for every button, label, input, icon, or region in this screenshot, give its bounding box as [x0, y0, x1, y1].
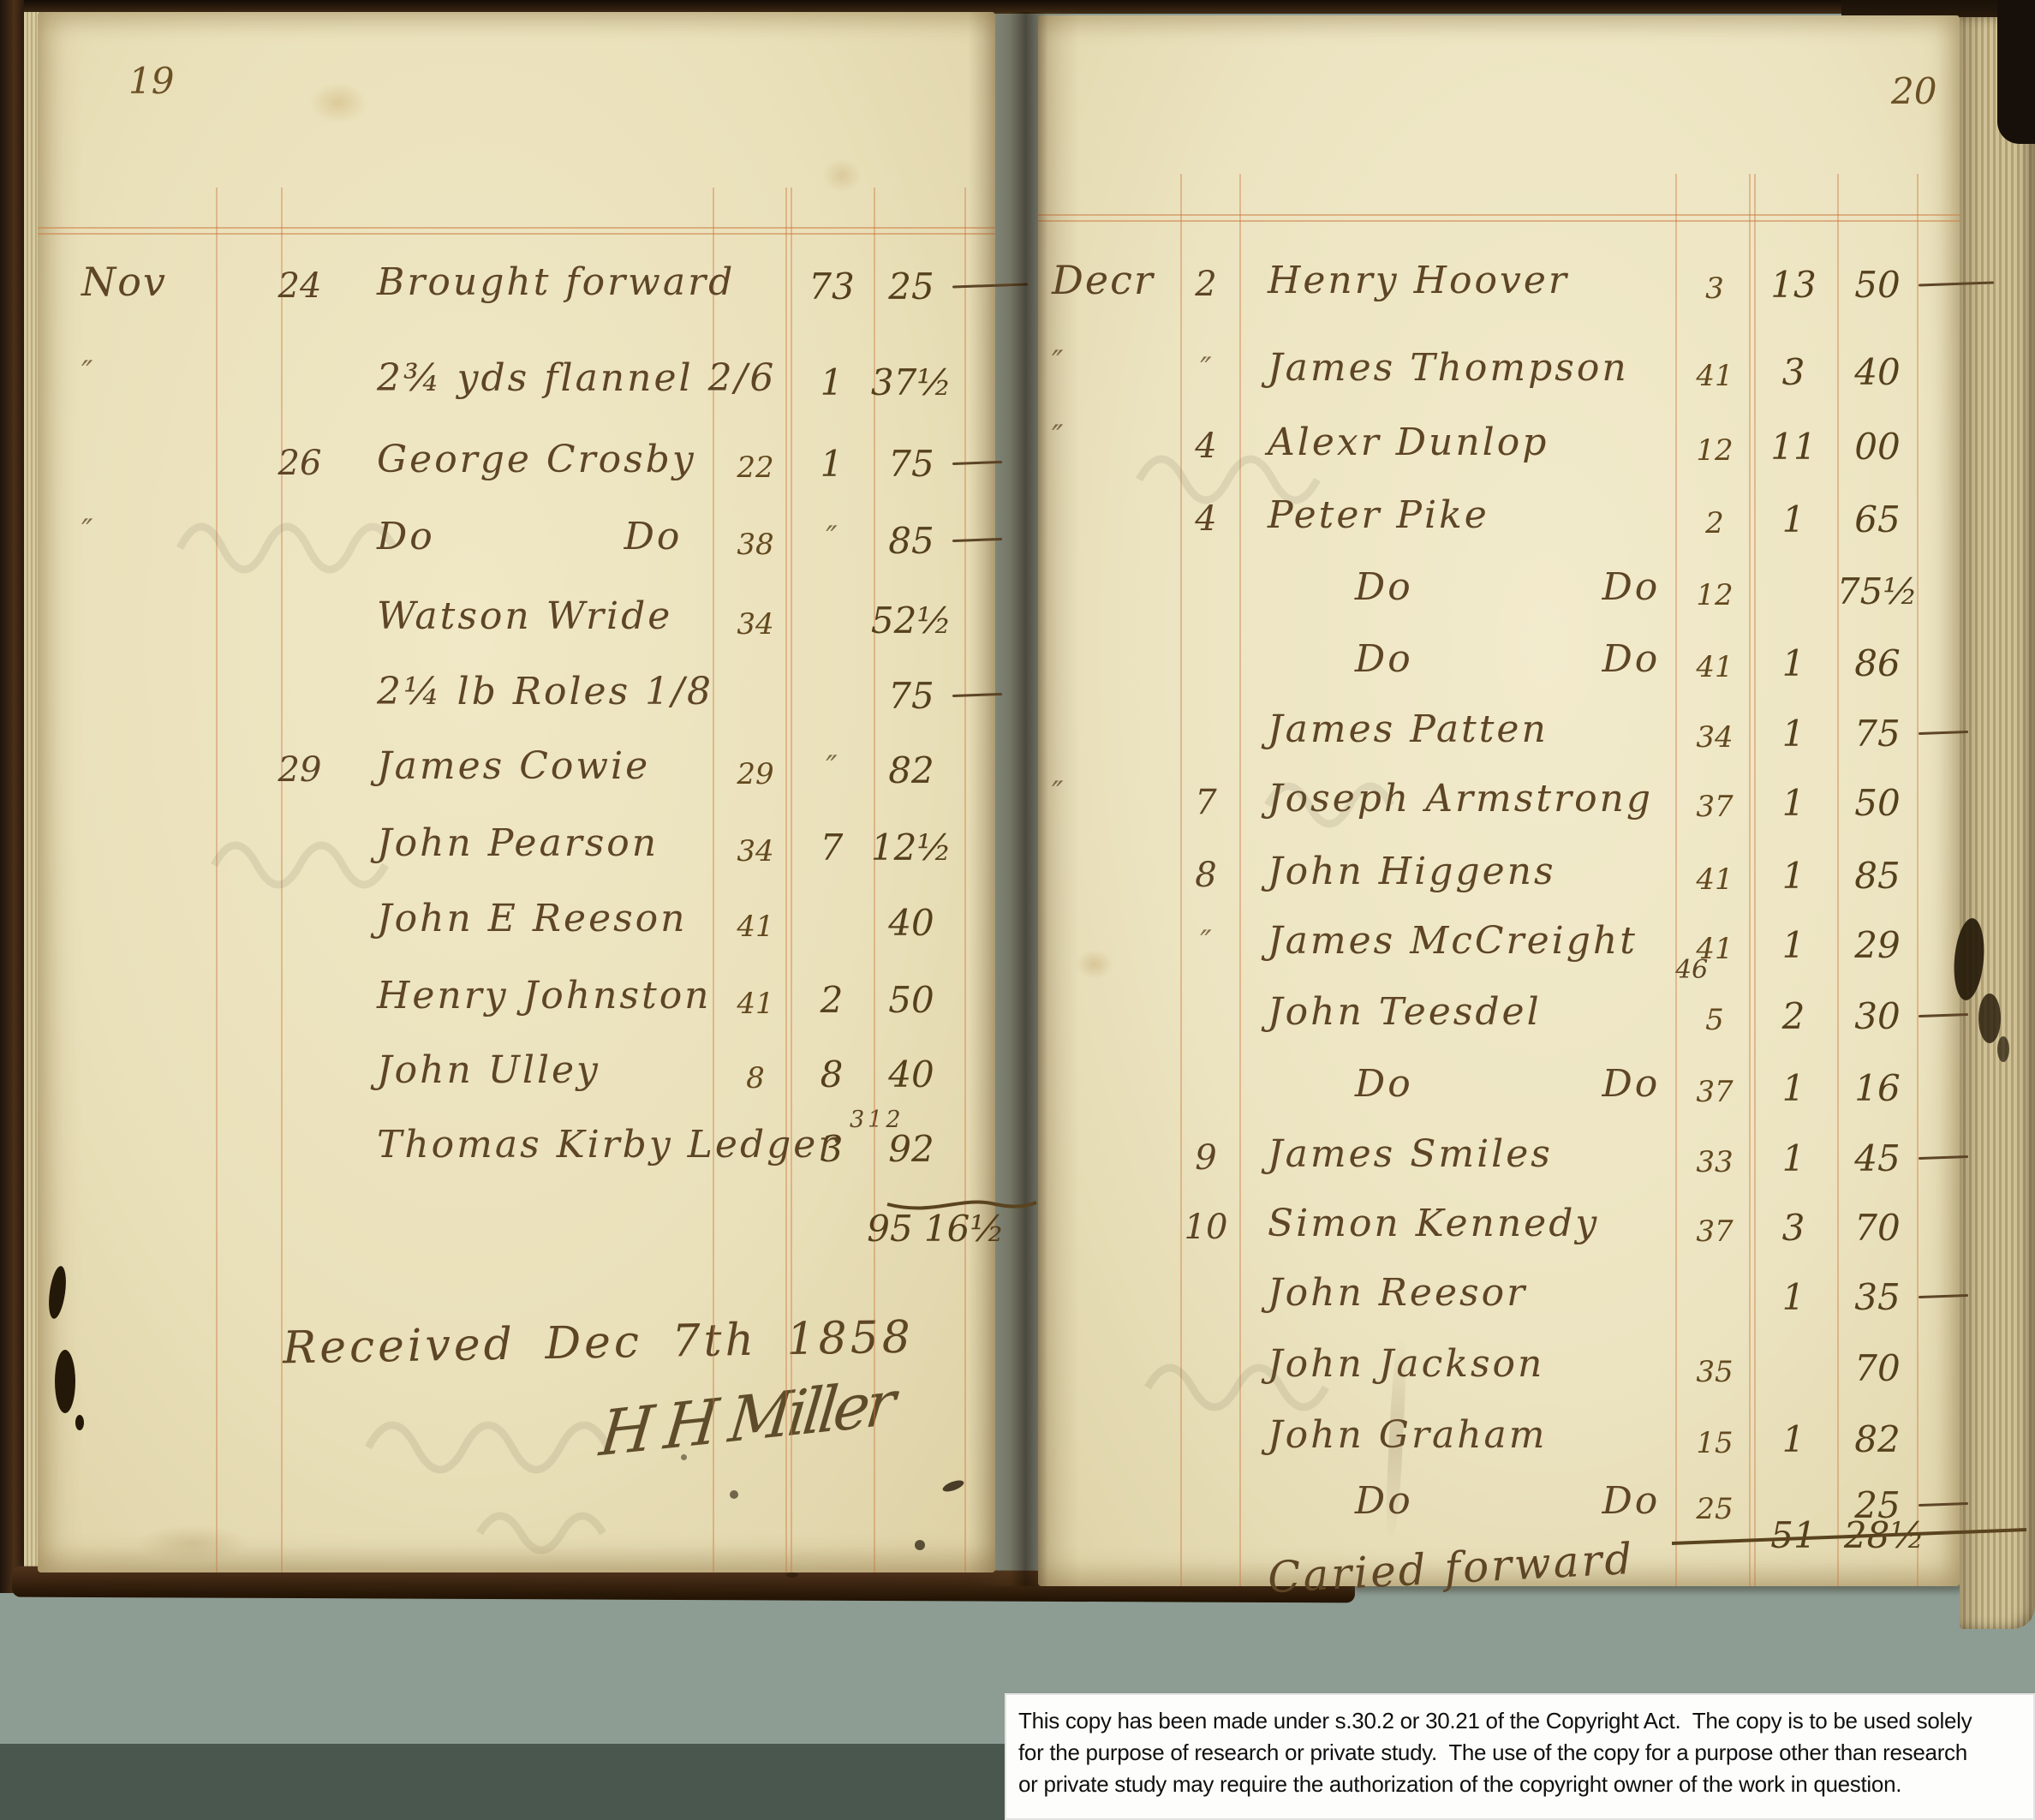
- entry-folio: 41: [1696, 865, 1733, 894]
- entry-cents: 16½: [924, 1211, 1005, 1247]
- entry-folio: 5: [1705, 1005, 1724, 1035]
- ruled-line-horizontal: [1038, 214, 1960, 216]
- entry-folio: 25: [1696, 1495, 1733, 1524]
- ink-speck: [915, 1540, 925, 1550]
- entry-folio: 34: [1696, 723, 1733, 752]
- entry-dollars: 13: [1770, 267, 1816, 303]
- entry-dollars: 73: [809, 269, 854, 305]
- entry-cents: 25: [888, 269, 934, 305]
- entry-dollars: 1: [1782, 1141, 1805, 1177]
- entry-description: James McCreight: [1268, 922, 1638, 960]
- entry-description: John Teesdel: [1268, 994, 1542, 1031]
- entry-day: 10: [1185, 1210, 1228, 1244]
- entry-cents: 40: [888, 905, 934, 941]
- entry-description: Alexr Dunlop: [1268, 424, 1549, 462]
- entry-description: Peter Pike: [1268, 497, 1489, 534]
- ledger-row: Thomas Kirby Ledger392: [38, 1113, 995, 1198]
- entry-folio: 2: [1705, 509, 1724, 538]
- entry-description: John Ulley: [377, 1052, 600, 1089]
- entry-dollars: 3: [821, 1131, 844, 1167]
- copyright-line: for the purpose of research or private s…: [1018, 1737, 2033, 1769]
- entry-cents: 70: [1854, 1210, 1900, 1246]
- entry-day: 9: [1195, 1141, 1216, 1175]
- entry-cents: 35: [1854, 1280, 1900, 1316]
- entry-cents: 29: [1854, 928, 1900, 964]
- trailing-dash: [952, 693, 1002, 697]
- ink-blot: [1978, 994, 2001, 1043]
- entry-day: 7: [1195, 785, 1216, 820]
- book-spine-left: [0, 0, 24, 1593]
- entry-cents: 50: [1854, 267, 1900, 303]
- entry-folio: 33: [1696, 1148, 1733, 1177]
- entry-day: 2: [1195, 267, 1216, 301]
- entry-folio: 35: [1696, 1358, 1733, 1387]
- entry-folio: 34: [737, 837, 773, 866]
- copyright-line: or private study may require the authori…: [1018, 1769, 2033, 1800]
- entry-month: ″: [1052, 779, 1065, 809]
- ledger-row: John E Reeson4041: [38, 886, 995, 972]
- entry-description: John Graham: [1268, 1417, 1548, 1454]
- entry-description: Do Do: [1268, 569, 1660, 606]
- ledger-row: ″Do Do″8538: [38, 504, 995, 590]
- entry-month: Nov: [81, 262, 167, 301]
- entry-dollars: 7: [821, 830, 844, 866]
- entry-cents: 30: [1854, 999, 1900, 1035]
- entry-folio: 8: [746, 1064, 765, 1093]
- ledger-page-19: 19 312 Received Dec 7th 1858 H H Miller …: [38, 12, 995, 1572]
- entry-folio: 38: [737, 530, 773, 559]
- entry-description: 2¾ yds flannel 2/6: [377, 360, 776, 397]
- entry-description: John Pearson: [377, 825, 659, 862]
- ledger-row: John Pearson712½34: [38, 811, 995, 897]
- entry-cents: 82: [888, 753, 934, 789]
- entry-cents: 37½: [871, 365, 952, 401]
- entry-day: 24: [278, 269, 322, 303]
- entry-dollars: 51: [1770, 1518, 1816, 1554]
- entry-cents: 75½: [1837, 574, 1918, 610]
- entry-cents: 75: [888, 446, 934, 482]
- entry-description: James Smiles: [1268, 1136, 1553, 1173]
- entry-day: 4: [1195, 502, 1216, 536]
- entry-dollars: 1: [1782, 858, 1805, 894]
- entry-description: Caried forward: [1267, 1537, 1636, 1599]
- entry-cents: 50: [1854, 785, 1900, 821]
- entry-dollars: 1: [821, 446, 844, 482]
- trailing-dash: [952, 283, 1028, 288]
- copyright-line: This copy has been made under s.30.2 or …: [1018, 1705, 2033, 1737]
- entry-month: ″: [1052, 348, 1065, 379]
- entry-dollars: 1: [1782, 716, 1805, 752]
- entry-description: Henry Hoover: [1268, 262, 1569, 300]
- entry-description: John Reesor: [1268, 1274, 1527, 1312]
- entry-dollars: 95: [867, 1211, 912, 1247]
- entry-dollars: 1: [1782, 928, 1805, 964]
- entry-description: James Patten: [1268, 711, 1549, 749]
- entry-description: 2¼ lb Roles 1/8: [377, 673, 713, 711]
- entry-cents: 75: [1854, 716, 1900, 752]
- entry-day: 8: [1195, 858, 1216, 892]
- entry-description: Thomas Kirby Ledger: [377, 1126, 838, 1164]
- entry-dollars: 1: [1782, 785, 1805, 821]
- entry-month: ″: [81, 516, 94, 547]
- ledger-row: Nov24Brought forward7325: [38, 250, 995, 336]
- ledger-row: Caried forward5128½: [1038, 1525, 1960, 1610]
- ledger-row: ″2¾ yds flannel 2/6137½: [38, 346, 995, 432]
- entry-folio: 37: [1696, 1217, 1733, 1246]
- entry-cents: 40: [1854, 355, 1900, 391]
- entry-cents: 50: [888, 982, 934, 1018]
- ledger-row: Henry Johnston25041: [38, 964, 995, 1049]
- entry-day: 26: [278, 446, 322, 480]
- entry-dollars: 1: [1782, 1280, 1805, 1316]
- entry-cents: 12½: [871, 830, 952, 866]
- ledger-row: 26George Crosby17522: [38, 427, 995, 513]
- entry-cents: 70: [1854, 1351, 1900, 1387]
- copyright-notice: This copy has been made under s.30.2 or …: [1005, 1693, 2035, 1820]
- entry-folio: 41: [737, 989, 773, 1018]
- entry-description: James Cowie: [377, 748, 650, 785]
- entry-folio: 41: [1696, 361, 1733, 391]
- entry-dollars: 3: [1782, 1210, 1805, 1246]
- entry-folio: 41: [737, 912, 773, 941]
- entry-description: Joseph Armstrong: [1268, 780, 1653, 818]
- ink-blot: [1997, 1036, 2009, 1062]
- entry-day: ″: [1200, 928, 1211, 958]
- entry-cents: 65: [1854, 502, 1900, 538]
- entry-description: John Higgens: [1268, 853, 1556, 891]
- ink-blot: [55, 1350, 75, 1413]
- entry-month: Decr: [1052, 260, 1155, 300]
- entry-day: 4: [1195, 429, 1216, 463]
- entry-dollars: 2: [821, 982, 844, 1018]
- entry-month: ″: [1052, 422, 1065, 453]
- entry-folio: 15: [1696, 1429, 1733, 1458]
- ledger-row: Decr2Henry Hoover13503: [1038, 248, 1960, 334]
- trailing-dash: [952, 538, 1002, 542]
- entry-description: Brought forward: [377, 264, 735, 301]
- entry-cents: 28½: [1844, 1518, 1925, 1554]
- entry-description: Do Do: [377, 518, 682, 556]
- entry-cents: 40: [888, 1057, 934, 1093]
- entry-folio: 12: [1696, 436, 1733, 465]
- page-number: 19: [128, 63, 174, 99]
- entry-dollars: 1: [1782, 646, 1805, 682]
- entry-description: Do Do: [1268, 1065, 1660, 1103]
- entry-folio: 3: [1705, 274, 1724, 303]
- ledger-row: John Ulley8408: [38, 1038, 995, 1124]
- ink-speck: [681, 1454, 687, 1460]
- entry-dollars: ″: [826, 753, 837, 784]
- book-cover-top-right-corner: [1997, 0, 2035, 144]
- entry-cents: 16: [1854, 1071, 1900, 1107]
- ruled-line-horizontal: [38, 233, 995, 235]
- entry-month: ″: [81, 358, 94, 389]
- entry-description: Henry Johnston: [377, 977, 712, 1015]
- ink-speck: [730, 1490, 738, 1499]
- entry-dollars: 1: [1782, 1422, 1805, 1458]
- entry-folio: 37: [1696, 1077, 1733, 1107]
- entry-description: John E Reeson: [377, 900, 688, 938]
- entry-dollars: 3: [1782, 355, 1805, 391]
- entry-cents: 00: [1854, 429, 1900, 465]
- entry-description: John Jackson: [1268, 1346, 1544, 1383]
- entry-dollars: 11: [1770, 429, 1816, 465]
- signature-flourish: H H Miller: [597, 1372, 894, 1465]
- page-number: 20: [1891, 74, 1937, 110]
- entry-dollars: 8: [821, 1057, 844, 1093]
- entry-day: 29: [278, 753, 322, 787]
- entry-folio: 29: [737, 760, 773, 789]
- page-stack-right-edge: [1960, 17, 2035, 1629]
- entry-day: ″: [1200, 355, 1211, 385]
- entry-cents: 45: [1854, 1141, 1900, 1177]
- entry-folio: 34: [737, 610, 773, 639]
- entry-cents: 75: [888, 678, 934, 714]
- entry-cents: 92: [888, 1131, 934, 1167]
- entry-cents: 82: [1854, 1422, 1900, 1458]
- entry-description: Do Do: [1268, 641, 1660, 678]
- entry-folio: 41: [1696, 653, 1733, 682]
- entry-description: George Crosby: [377, 441, 696, 479]
- entry-folio: 41: [1696, 934, 1733, 964]
- ledger-row: Watson Wride52½34: [38, 584, 995, 670]
- ledger-row: ″″James Thompson34041: [1038, 336, 1960, 421]
- entry-cents: 85: [888, 523, 934, 559]
- entry-description: Do Do: [1268, 1483, 1660, 1520]
- entry-description: Simon Kennedy: [1268, 1205, 1599, 1243]
- entry-cents: 86: [1854, 646, 1900, 682]
- ink-blot: [75, 1415, 84, 1430]
- entry-dollars: ″: [826, 523, 837, 554]
- entry-dollars: 1: [1782, 1071, 1805, 1107]
- ledger-row: 2¼ lb Roles 1/875: [38, 659, 995, 745]
- ledger-row: 9516½: [38, 1192, 995, 1278]
- ink-speck: [786, 1572, 798, 1578]
- entry-folio: 37: [1696, 792, 1733, 821]
- ledger-row: 29James Cowie″8229: [38, 734, 995, 820]
- trailing-dash: [952, 461, 1002, 465]
- entry-folio: 12: [1696, 581, 1733, 610]
- entry-cents: 85: [1854, 858, 1900, 894]
- scanned-ledger-photo: 19 312 Received Dec 7th 1858 H H Miller …: [0, 0, 2035, 1820]
- entry-dollars: 2: [1782, 999, 1805, 1035]
- ruled-line-horizontal: [38, 227, 995, 229]
- entry-dollars: 1: [821, 365, 844, 401]
- received-note: Received Dec 7th 1858: [283, 1316, 915, 1371]
- entry-folio: 22: [737, 453, 773, 482]
- ledger-page-20: 20 46 Decr2Henry Hoover13503″″James Thom…: [1038, 15, 1960, 1586]
- entry-description: James Thompson: [1268, 349, 1629, 387]
- entry-description: Watson Wride: [377, 598, 672, 636]
- ruled-line-horizontal: [1038, 220, 1960, 222]
- entry-dollars: 1: [1782, 502, 1805, 538]
- entry-cents: 52½: [871, 603, 952, 639]
